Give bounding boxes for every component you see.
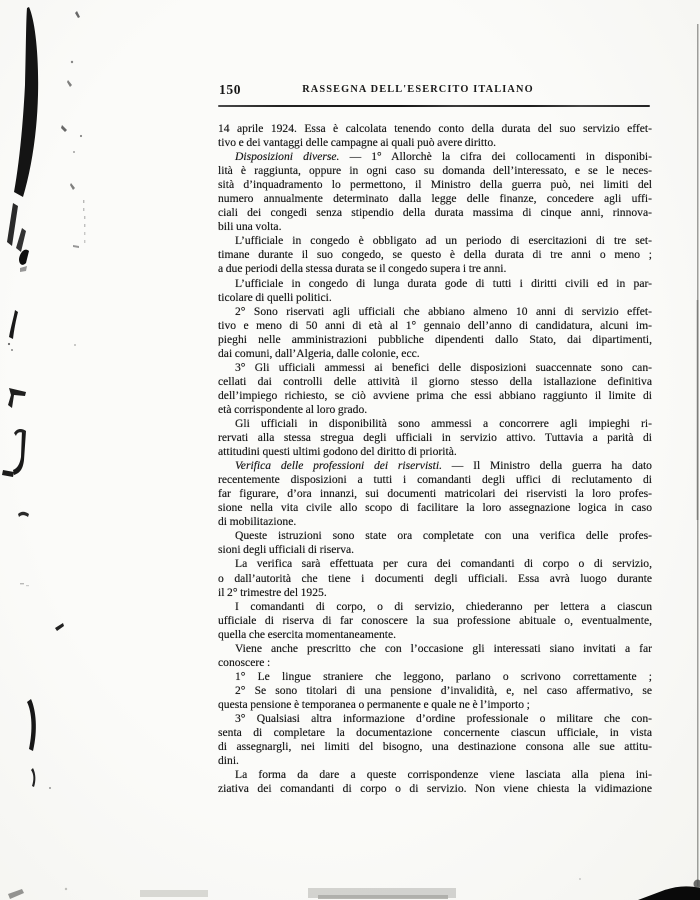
text-line: numero annualmente determinato dalla leg… — [218, 192, 652, 206]
text-line: ufficiale di riserva di far conoscere la… — [218, 614, 652, 628]
text-line: far figurare, d’ora innanzi, sui documen… — [218, 487, 652, 501]
ink-blot-large — [14, 7, 38, 197]
header-rule — [218, 105, 650, 107]
text-line: ziativa dei comandanti di corpo o di ser… — [218, 782, 652, 796]
text-line: L’ufficiale in congedo di lunga durata g… — [218, 277, 652, 291]
text-line: di mobilitazione. — [218, 515, 652, 529]
text-line: tivo e dei vantaggi delle campagne ai qu… — [218, 136, 652, 150]
text-line: 14 aprile 1924. Essa è calcolata tenendo… — [218, 122, 652, 136]
ink-paren-large — [27, 699, 36, 751]
journal-title: RASSEGNA DELL'ESERCITO ITALIANO — [218, 84, 618, 95]
text-line: dai comuni, dall’Algeria, dalle colonie,… — [218, 347, 652, 361]
ink-paren-small — [31, 768, 35, 787]
ink-stroke-j — [13, 430, 26, 475]
text-line: senta di completare la documentazione co… — [218, 726, 652, 740]
text-line: Gli ufficiali in disponibilità sono amme… — [218, 417, 652, 431]
ink-stroke-slash — [9, 310, 18, 339]
text-line: L’ufficiale in congedo è obbligato ad un… — [218, 234, 652, 248]
ink-tilde — [18, 512, 29, 517]
text-line: conoscere : — [218, 656, 652, 670]
text-line: I comandanti di corpo, o di servizio, ch… — [218, 600, 652, 614]
text-line: 2° Sono riservati agli ufficiali che abb… — [218, 305, 652, 319]
text-line: sione nella vita civile allo scopo di fa… — [218, 501, 652, 515]
text-line: lità è raggiunta, oppure in ogni caso su… — [218, 164, 652, 178]
text-line: dell’impiego richiesto, se ciò avviene p… — [218, 389, 652, 403]
text-line: ciali dei congedi senza stipendio della … — [218, 206, 652, 220]
text-line: questa pensione è temporanea o permanent… — [218, 698, 652, 712]
text-line: La verifica sarà effettuata per cura dei… — [218, 557, 652, 571]
text-line: 2° Se sono titolari di una pensione d’in… — [218, 684, 652, 698]
text-line: ticolare di quelli politici. — [218, 291, 652, 305]
text-line: Queste istruzioni sono state ora complet… — [218, 529, 652, 543]
text-line: quella che esercita momentaneamente. — [218, 628, 652, 642]
ink-blot-diagonal — [16, 228, 26, 252]
text-line: sioni degli ufficiali di riserva. — [218, 543, 652, 557]
page-body: 14 aprile 1924. Essa è calcolata tenendo… — [218, 122, 652, 796]
text-line: 3° Qualsiasi altra informazione d’ordine… — [218, 712, 652, 726]
ink-blot-hook — [19, 250, 29, 265]
text-line: bili una volta. — [218, 220, 652, 234]
text-line: età corrispondente al loro grado. — [218, 403, 652, 417]
ink-blot-strip — [7, 203, 18, 246]
text-line: il 2° trimestre del 1925. — [218, 586, 652, 600]
text-line: sità d’inquadramento lo permettono, il M… — [218, 178, 652, 192]
bottom-corner-blot — [638, 886, 700, 900]
text-line: Verifica delle professioni dei riservist… — [218, 459, 652, 473]
text-line: Viene anche prescritto che con l’occasio… — [218, 642, 652, 656]
text-line: cellati dai controlli delle attività il … — [218, 375, 652, 389]
text-line: a due periodi della stessa durata se il … — [218, 262, 652, 276]
text-line: tivo e meno di 50 anni di età al 1° genn… — [218, 319, 652, 333]
text-line: pieghi nelle amministrazioni pubbliche d… — [218, 333, 652, 347]
text-line: 3° Gli ufficiali ammessi ai benefici del… — [218, 361, 652, 375]
ink-smudge — [20, 266, 27, 272]
text-line: dini. — [218, 754, 652, 768]
text-line: timane durante il suo congedo, se questo… — [218, 248, 652, 262]
text-line: La forma da dare a queste corrispondenze… — [218, 768, 652, 782]
ink-stroke-arrow — [8, 388, 26, 408]
text-line: Disposizioni diverse. — 1° Allorchè la c… — [218, 150, 652, 164]
text-line: di assegnargli, nei limiti del bisogno, … — [218, 740, 652, 754]
text-line: rervati alla stessa stregua degli uffici… — [218, 431, 652, 445]
text-line: 1° Le lingue straniere che leggono, parl… — [218, 670, 652, 684]
page-edge-line — [697, 24, 699, 886]
text-line: attitudini questi ultimi godono del diri… — [218, 445, 652, 459]
text-line: recentemente disposizioni a tutti i coma… — [218, 473, 652, 487]
text-line: o dall’autorità che tiene i documenti de… — [218, 572, 652, 586]
scanned-page: 150 RASSEGNA DELL'ESERCITO ITALIANO 14 a… — [0, 0, 700, 900]
